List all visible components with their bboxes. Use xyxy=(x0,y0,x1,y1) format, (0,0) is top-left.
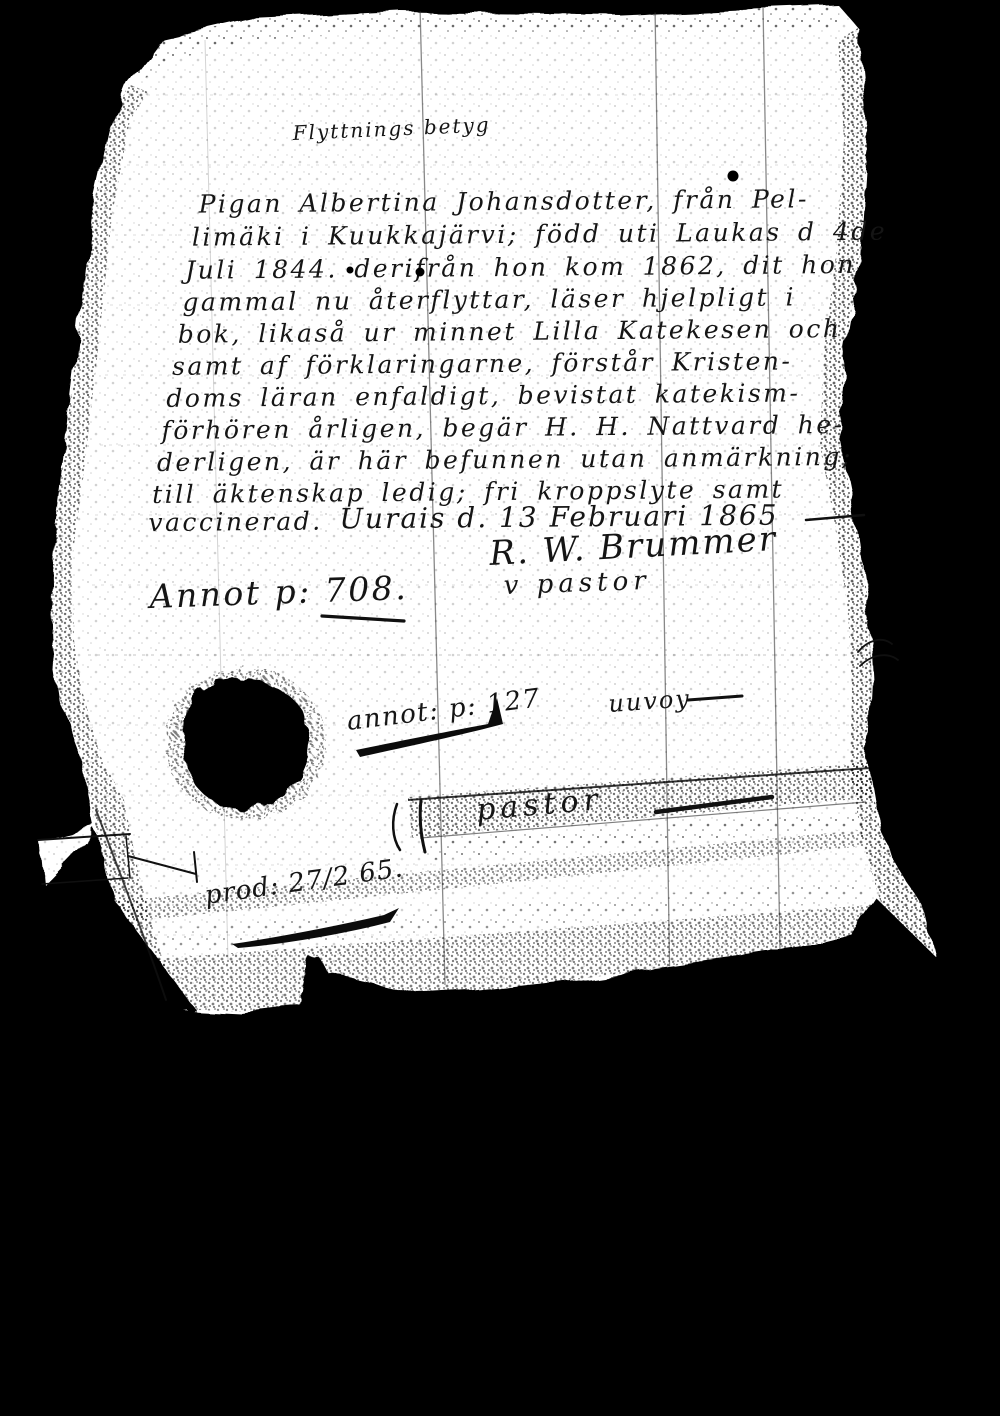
body-line: derligen, är här befunnen utan anmärknin… xyxy=(157,442,853,477)
body-line: förhören årligen, begär H. H. Nattvard h… xyxy=(159,410,844,445)
body-line: doms läran enfaldigt, bevistat katekism- xyxy=(166,378,800,413)
scanned-church-record-page: Flyttnings betyg Pigan Albertina Johansd… xyxy=(0,0,1000,1416)
signature-title: v pastor xyxy=(503,566,651,601)
body-line: Juli 1844. derifrån hon kom 1862, dit ho… xyxy=(180,250,856,285)
body-line: limäki i Kuukkajärvi; född uti Laukas d … xyxy=(192,217,887,252)
body-line: bok, likaså ur minnet Lilla Katekesen oc… xyxy=(178,314,842,349)
body-line: vaccinerad. xyxy=(148,507,322,538)
annotation-scribble: uuvoy xyxy=(607,684,691,718)
body-line: Pigan Albertina Johansdotter, från Pel- xyxy=(198,184,809,218)
ink-dot xyxy=(416,268,425,277)
ink-dot xyxy=(347,267,354,274)
body-line: gammal nu återflyttar, läser hjelpligt i xyxy=(182,282,796,316)
ink-dot xyxy=(728,171,739,182)
body-text: Pigan Albertina Johansdotter, från Pel- … xyxy=(146,184,890,537)
ink-blot-group xyxy=(166,668,326,820)
body-line: samt af förklaringarne, förstår Kristen- xyxy=(172,346,793,380)
document-scan-canvas: Flyttnings betyg Pigan Albertina Johansd… xyxy=(0,0,1000,1416)
